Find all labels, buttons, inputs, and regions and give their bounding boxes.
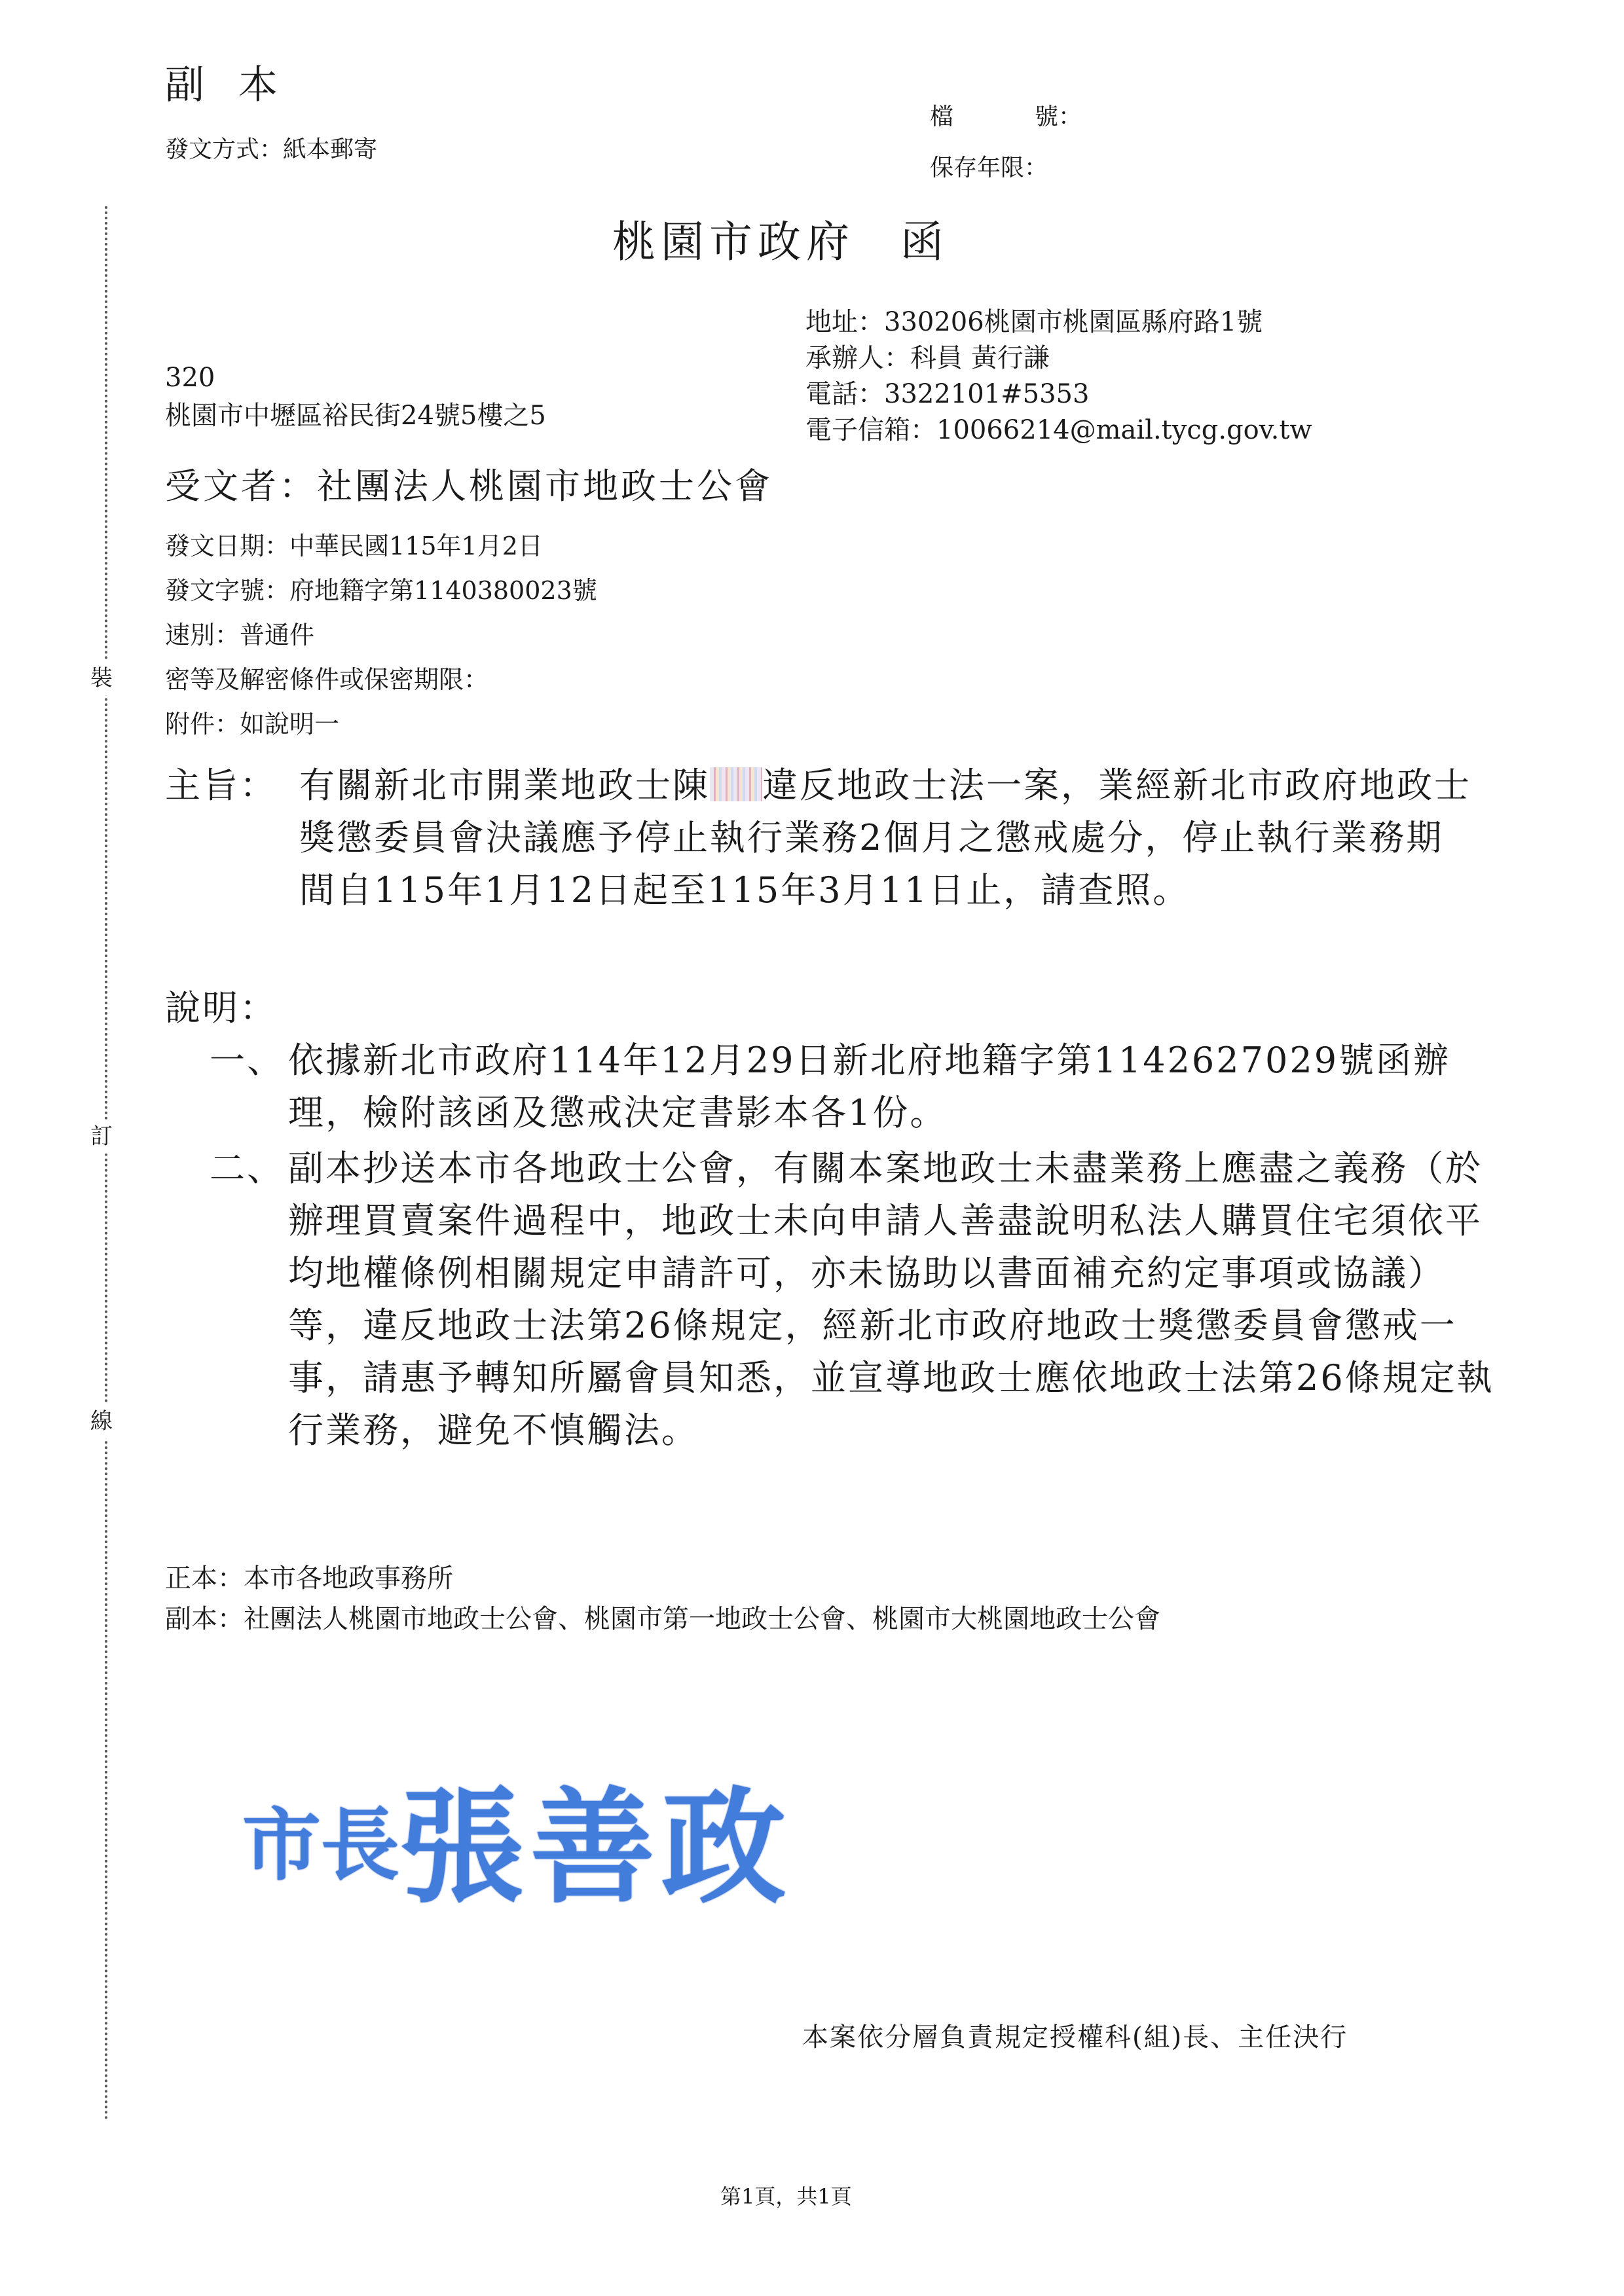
file-number-row: 檔號：	[930, 92, 1082, 143]
contact-block: 地址：330206桃園市桃園區縣府路1號 承辦人：科員 黃行謙 電話：33221…	[805, 304, 1312, 448]
subject-text-part1: 有關新北市開業地政士陳	[299, 765, 710, 806]
stamp-title: 市長	[242, 1799, 399, 1891]
contact-officer: 承辦人：科員 黃行謙	[805, 340, 1312, 376]
attachment: 附件：如說明一	[165, 702, 597, 746]
copy-mark: 副本	[165, 54, 312, 110]
document-title: 桃園市政府函	[612, 207, 949, 269]
classification: 密等及解密條件或保密期限：	[165, 657, 597, 702]
binding-label-zhuang: 裝	[90, 661, 113, 695]
send-method: 發文方式：紙本郵寄	[165, 131, 377, 164]
issuing-org: 桃園市政府	[612, 217, 855, 267]
subject-text: 有關新北市開業地政士陳違反地政士法一案，業經新北市政府地政士獎懲委員會決議應予停…	[299, 759, 1471, 917]
subject-label: 主旨：	[165, 759, 299, 812]
item-text: 依據新北市政府114年12月29日新北府地籍字第1142627029號函辦理，檢…	[288, 1034, 1500, 1139]
original-recipients: 正本：本市各地政事務所	[165, 1558, 1160, 1599]
document-number: 發文字號：府地籍字第1140380023號	[165, 568, 597, 613]
item-text: 副本抄送本市各地政士公會，有關本案地政士未盡業務上應盡之義務（於辦理買賣案件過程…	[288, 1142, 1500, 1457]
file-number-label-a: 檔	[930, 92, 1035, 143]
stamp-name: 張善政	[399, 1774, 792, 1920]
binding-label-xian: 線	[90, 1404, 113, 1438]
street-address: 桃園市中壢區裕民街24號5樓之5	[165, 397, 546, 435]
distribution-list: 正本：本市各地政事務所 副本：社團法人桃園市地政士公會、桃園市第一地政士公會、桃…	[165, 1558, 1160, 1639]
item-number: 一、	[210, 1034, 288, 1087]
copy-recipients: 副本：社團法人桃園市地政士公會、桃園市第一地政士公會、桃園市大桃園地政士公會	[165, 1599, 1160, 1639]
recipient-mailing-address: 320 桃園市中壢區裕民街24號5樓之5	[165, 359, 546, 435]
receiver: 受文者：社團法人桃園市地政士公會	[165, 458, 773, 509]
explanation-label: 說明：	[165, 982, 277, 1034]
subject-section: 主旨：有關新北市開業地政士陳違反地政士法一案，業經新北市政府地政士獎懲委員會決議…	[165, 759, 1475, 917]
document-type: 函	[900, 217, 949, 267]
item-number: 二、	[210, 1142, 288, 1195]
explanation-item: 二、副本抄送本市各地政士公會，有關本案地政士未盡業務上應盡之義務（於辦理買賣案件…	[210, 1142, 1506, 1457]
contact-email: 電子信箱：10066214@mail.tycg.gov.tw	[805, 412, 1312, 448]
issue-date: 發文日期：中華民國115年1月2日	[165, 524, 597, 568]
redacted-name	[710, 767, 762, 801]
urgency: 速別：普通件	[165, 613, 597, 657]
delegation-note: 本案依分層負責規定授權科(組)長、主任決行	[802, 2016, 1348, 2054]
page-indicator: 第1頁，共1頁	[720, 2180, 852, 2210]
binding-dotted-line	[105, 206, 107, 2121]
contact-address: 地址：330206桃園市桃園區縣府路1號	[805, 304, 1312, 340]
mayor-signature-stamp: 市長張善政	[242, 1748, 792, 1927]
file-meta: 檔號： 保存年限：	[930, 92, 1082, 194]
explanation-item: 一、依據新北市政府114年12月29日新北府地籍字第1142627029號函辦理…	[210, 1034, 1506, 1139]
retention-period-row: 保存年限：	[930, 143, 1082, 194]
document-meta: 發文日期：中華民國115年1月2日 發文字號：府地籍字第1140380023號 …	[165, 524, 597, 746]
postal-code: 320	[165, 359, 546, 397]
file-number-label-b: 號：	[1035, 103, 1082, 130]
binding-label-ding: 訂	[90, 1120, 113, 1154]
contact-phone: 電話：3322101#5353	[805, 376, 1312, 412]
